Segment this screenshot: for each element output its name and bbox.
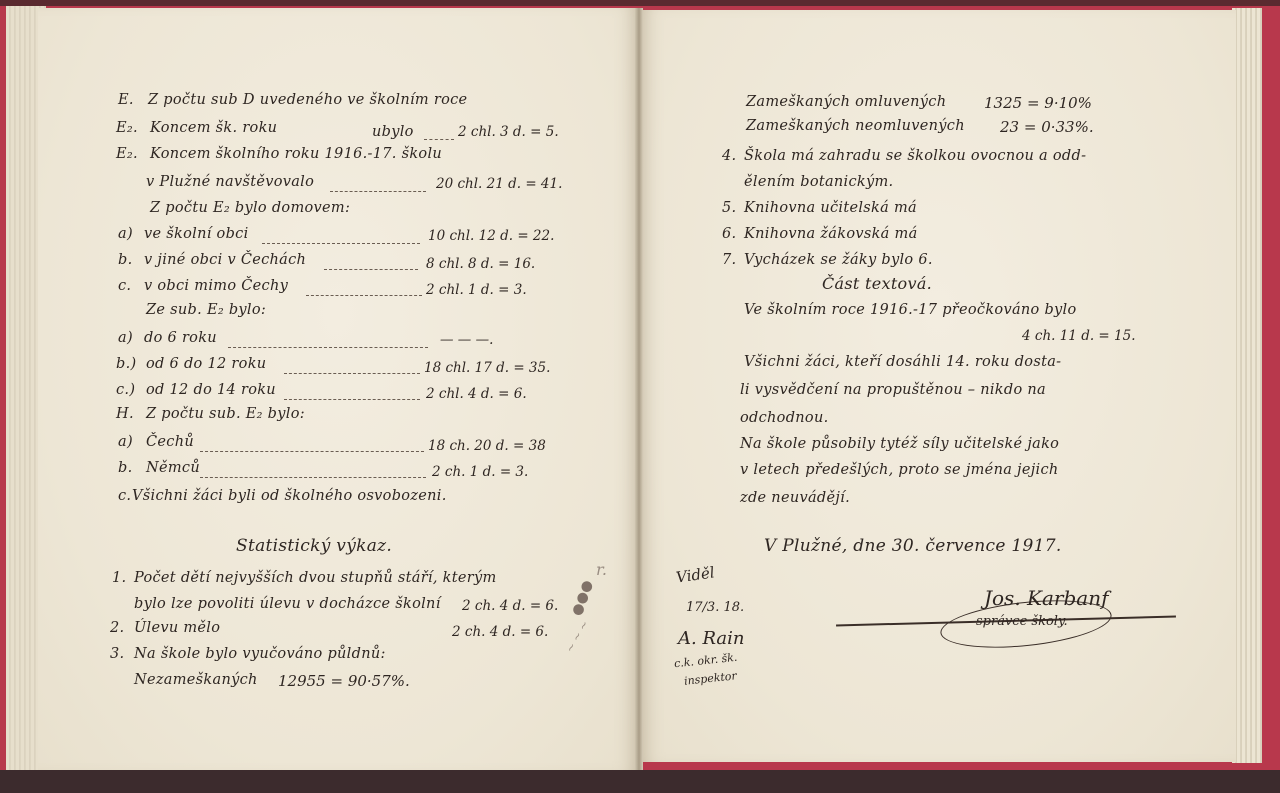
signature-name: Jos. Karbanf	[984, 586, 1108, 610]
leader-dots	[306, 294, 422, 296]
leader-dots	[228, 346, 428, 348]
line-label: c.)	[116, 382, 135, 398]
scanned-book-spread: E. Z počtu sub D uvedeného ve školním ro…	[0, 0, 1280, 793]
line-middle: ubylo	[372, 124, 414, 140]
page-stack-right	[1232, 8, 1262, 763]
line-label: E₂.	[116, 146, 138, 162]
item-label: 4.	[722, 148, 736, 164]
stat-text: Nezameškaných	[134, 672, 258, 688]
line-text: Němců	[146, 460, 200, 476]
stat-value: 12955 = 90·57%.	[278, 672, 410, 690]
line-value: 2 chl. 1 d. = 3.	[426, 282, 527, 298]
line-value: 18 chl. 17 d. = 35.	[424, 360, 550, 376]
line-value: 20 chl. 21 d. = 41.	[436, 176, 562, 192]
cover-edge	[0, 0, 1280, 6]
line-text: Koncem školního roku 1916.-17. školu	[150, 146, 442, 162]
item-label: 6.	[722, 226, 736, 242]
absence-text: Zameškaných neomluvených	[746, 118, 965, 134]
item-label: 5.	[722, 200, 736, 216]
line-text: do 6 roku	[144, 330, 217, 346]
paragraph-line: Na škole působily tytéž síly učitelské j…	[740, 436, 1059, 452]
section-title: Část textová.	[822, 274, 932, 293]
line-value: — — —.	[440, 332, 493, 348]
paragraph-line: odchodnou.	[740, 410, 829, 426]
line-value: 2 ch. 1 d. = 3.	[432, 464, 528, 480]
leader-dots	[262, 242, 420, 244]
line-label: E₂.	[116, 120, 138, 136]
line-text: Z počtu sub D uvedeného ve školním roce	[148, 92, 467, 108]
line-text: Všichni žáci byli od školného osvobozeni…	[132, 488, 447, 504]
paragraph-line: zde neuvádějí.	[740, 490, 850, 506]
line-text: v obci mimo Čechy	[144, 278, 288, 294]
leader-dots	[200, 476, 426, 478]
leader-dots	[200, 450, 424, 452]
stat-text: Úlevu mělo	[134, 620, 220, 636]
book-gutter	[635, 8, 643, 771]
line-text: Z počtu sub. E₂ bylo:	[146, 406, 305, 422]
leader-dots	[284, 398, 420, 400]
stat-label: 2.	[110, 620, 124, 636]
paragraph-line: Ve školním roce 1916.-17 přeočkováno byl…	[744, 302, 1077, 318]
item-text: Knihovna učitelská má	[744, 200, 917, 216]
line-text: Z počtu E₂ bylo domovem:	[150, 200, 350, 216]
leader-dots	[330, 190, 426, 192]
stat-value: 2 ch. 4 d. = 6.	[462, 598, 558, 614]
line-label: a)	[118, 226, 133, 242]
place-date: V Plužné, dne 30. července 1917.	[764, 536, 1062, 556]
stat-text-2: bylo lze povoliti úlevu v docházce školn…	[134, 596, 441, 612]
item-text: Knihovna žákovská má	[744, 226, 918, 242]
line-label: a)	[118, 434, 133, 450]
stat-value: 2 ch. 4 d. = 6.	[452, 624, 548, 640]
item-text-2: ělením botanickým.	[744, 174, 893, 190]
line-value: 2 chl. 3 d. = 5.	[458, 124, 559, 140]
background-cloth	[0, 770, 1280, 793]
line-value: 10 chl. 12 d. = 22.	[428, 228, 554, 244]
line-label: E.	[118, 92, 134, 108]
line-label: a)	[118, 330, 133, 346]
stat-text: Na škole bylo vyučováno půldnů:	[134, 646, 386, 662]
line-label: b.	[118, 252, 133, 268]
item-text: Vycházek se žáky bylo 6.	[744, 252, 933, 268]
line-label: c.	[118, 278, 131, 294]
inspector-name: A. Rain	[678, 628, 745, 649]
leader-dots	[284, 372, 420, 374]
line-text: ve školní obci	[144, 226, 249, 242]
line-text: od 12 do 14 roku	[146, 382, 276, 398]
stat-text: Počet dětí nejvyšších dvou stupňů stáří,…	[134, 570, 497, 586]
paragraph-line: v letech předešlých, proto se jména jeji…	[740, 462, 1059, 478]
item-text: Škola má zahradu se školkou ovocnou a od…	[744, 148, 1086, 164]
paragraph-value: 4 ch. 11 d. = 15.	[1022, 328, 1135, 344]
line-value: 18 ch. 20 d. = 38	[428, 438, 546, 454]
paragraph-line: li vysvědčení na propuštěnou – nikdo na	[740, 382, 1046, 398]
leader-dots	[424, 138, 454, 140]
line-text: Ze sub. E₂ bylo:	[146, 302, 266, 318]
absence-text: Zameškaných omluvených	[746, 94, 946, 110]
absence-value: 23 = 0·33%.	[1000, 118, 1094, 136]
signature-title: správce školy.	[976, 614, 1068, 629]
section-title: Statistický výkaz.	[236, 536, 392, 556]
inspector-date: 17/3. 18.	[686, 600, 744, 615]
line-text: Koncem šk. roku	[150, 120, 277, 136]
item-label: 7.	[722, 252, 736, 268]
stat-label: 3.	[110, 646, 124, 662]
stat-label: 1.	[112, 570, 126, 586]
line-text: od 6 do 12 roku	[146, 356, 266, 372]
line-text: v Plužné navštěvovalo	[146, 174, 314, 190]
line-text: v jiné obci v Čechách	[144, 252, 306, 268]
line-label: c.	[118, 488, 131, 504]
line-value: 2 chl. 4 d. = 6.	[426, 386, 527, 402]
line-label: b.)	[116, 356, 136, 372]
line-value: 8 chl. 8 d. = 16.	[426, 256, 535, 272]
line-text: Čechů	[146, 434, 194, 450]
leader-dots	[324, 268, 418, 270]
line-label: b.	[118, 460, 133, 476]
line-label: H.	[116, 406, 134, 422]
absence-value: 1325 = 9·10%	[984, 94, 1092, 112]
margin-note: r.	[596, 560, 607, 579]
paragraph-line: Všichni žáci, kteří dosáhli 14. roku dos…	[744, 354, 1061, 370]
